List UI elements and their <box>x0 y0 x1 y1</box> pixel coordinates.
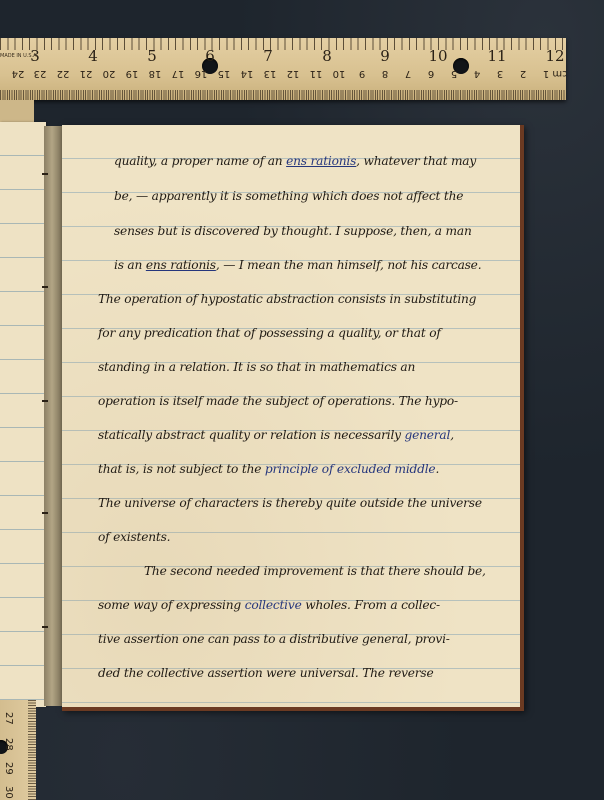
cm-label: 21 <box>80 68 93 79</box>
cm-label: 14 <box>241 68 254 79</box>
handwritten-text: some way of expressing <box>98 598 245 612</box>
inch-label: 9 <box>380 47 390 65</box>
inch-label: 3 <box>30 47 40 65</box>
cm-label: 27 <box>3 712 14 725</box>
inch-label: 6 <box>205 47 215 65</box>
cm-label: cm <box>552 68 566 79</box>
handwritten-text: The operation of hypostatic abstraction … <box>98 292 476 306</box>
manuscript-line: of existents. <box>98 530 170 544</box>
cm-label: 22 <box>57 68 70 79</box>
vertical-ruler-ticks <box>28 700 36 800</box>
inch-label: 7 <box>263 47 273 65</box>
inch-label: 12 <box>545 47 564 65</box>
handwritten-text: The second needed improvement is that th… <box>144 564 486 578</box>
manuscript-line: standing in a relation. It is so that in… <box>98 360 415 374</box>
cm-label: 5 <box>451 68 457 79</box>
ruler-corner-piece <box>0 100 34 122</box>
handwritten-text: operation is itself made the subject of … <box>98 394 458 408</box>
cm-label: 13 <box>264 68 277 79</box>
cm-label: 7 <box>405 68 411 79</box>
cm-label: 23 <box>34 68 47 79</box>
handwritten-text: , — I mean the man himself, not his carc… <box>216 258 482 272</box>
handwritten-text: , <box>450 428 454 442</box>
handwritten-text: of existents. <box>98 530 170 544</box>
cm-label: 8 <box>382 68 388 79</box>
manuscript-line: quality, a proper name of an ens rationi… <box>114 154 476 168</box>
handwritten-text: tive assertion one can pass to a distrib… <box>98 632 450 646</box>
inch-label: 11 <box>487 47 506 65</box>
blue-ink-phrase: collective <box>245 598 302 612</box>
underlined-phrase: ens rationis <box>146 258 216 272</box>
manuscript-line: The universe of characters is thereby qu… <box>98 496 482 510</box>
binding-stitch <box>42 173 48 175</box>
inch-ticks <box>0 38 566 50</box>
manuscript-line: that is, is not subject to the principle… <box>98 462 439 476</box>
cm-label: 4 <box>474 68 480 79</box>
vertical-ruler: 27282930 <box>0 700 36 800</box>
manuscript-line: The second needed improvement is that th… <box>144 564 486 578</box>
inch-label: 5 <box>147 47 157 65</box>
inch-label: 8 <box>322 47 332 65</box>
blue-ink-phrase: principle of excluded middle <box>265 462 436 476</box>
manuscript-line: operation is itself made the subject of … <box>98 394 458 408</box>
cm-label: 24 <box>12 68 25 79</box>
handwritten-text: that is, is not subject to the <box>98 462 265 476</box>
notebook-gutter <box>44 126 64 706</box>
cm-label: 9 <box>359 68 365 79</box>
cm-label: 12 <box>287 68 300 79</box>
previous-page-edge <box>0 122 46 707</box>
cm-label: 10 <box>333 68 346 79</box>
handwritten-text: , whatever that may <box>356 154 476 168</box>
handwritten-text: wholes. From a collec- <box>302 598 440 612</box>
cm-label: 11 <box>310 68 323 79</box>
binding-stitch <box>42 286 48 288</box>
manuscript-line: be, — apparently it is something which d… <box>114 189 463 203</box>
handwritten-text: for any predication that of possessing a… <box>98 326 441 340</box>
horizontal-ruler: MADE IN U.S.A. 3456789101112242322212019… <box>0 38 566 100</box>
binding-stitch <box>42 626 48 628</box>
cm-label: 2 <box>520 68 526 79</box>
underlined-blue-phrase: ens rationis <box>286 154 356 168</box>
handwritten-text: statically abstract quality or relation … <box>98 428 405 442</box>
cm-label: 3 <box>497 68 503 79</box>
cm-ticks <box>0 90 566 100</box>
binding-stitch <box>42 512 48 514</box>
handwritten-text: is an <box>114 258 146 272</box>
blue-ink-phrase: general <box>405 428 451 442</box>
binding-stitch <box>42 400 48 402</box>
manuscript-line: ded the collective assertion were univer… <box>98 666 434 680</box>
handwritten-text: The universe of characters is thereby qu… <box>98 496 482 510</box>
handwritten-text: standing in a relation. It is so that in… <box>98 360 415 374</box>
cm-label: 19 <box>126 68 139 79</box>
cm-label: 30 <box>3 786 14 799</box>
cm-label: 29 <box>3 762 14 775</box>
inch-label: 4 <box>88 47 98 65</box>
handwritten-text: quality, a proper name of an <box>114 154 286 168</box>
cm-label: 18 <box>149 68 162 79</box>
cm-label: 16 <box>195 68 208 79</box>
cm-label: 6 <box>428 68 434 79</box>
manuscript-page: quality, a proper name of an ens rationi… <box>62 125 524 711</box>
manuscript-line: some way of expressing collective wholes… <box>98 598 440 612</box>
handwritten-text: . <box>435 462 439 476</box>
handwritten-text: be, — apparently it is something which d… <box>114 189 463 203</box>
cm-label: 1 <box>543 68 549 79</box>
manuscript-line: senses but is discovered by thought. I s… <box>114 224 472 238</box>
inch-label: 10 <box>428 47 447 65</box>
manuscript-line: The operation of hypostatic abstraction … <box>98 292 476 306</box>
manuscript-line: tive assertion one can pass to a distrib… <box>98 632 450 646</box>
cm-label: 20 <box>103 68 116 79</box>
manuscript-line: for any predication that of possessing a… <box>98 326 441 340</box>
handwritten-text: ded the collective assertion were univer… <box>98 666 434 680</box>
cm-label: 28 <box>3 738 14 751</box>
manuscript-line: statically abstract quality or relation … <box>98 428 454 442</box>
handwritten-text: senses but is discovered by thought. I s… <box>114 224 472 238</box>
manuscript-line: is an ens rationis, — I mean the man him… <box>114 258 481 272</box>
cm-label: 17 <box>172 68 185 79</box>
cm-label: 15 <box>218 68 231 79</box>
